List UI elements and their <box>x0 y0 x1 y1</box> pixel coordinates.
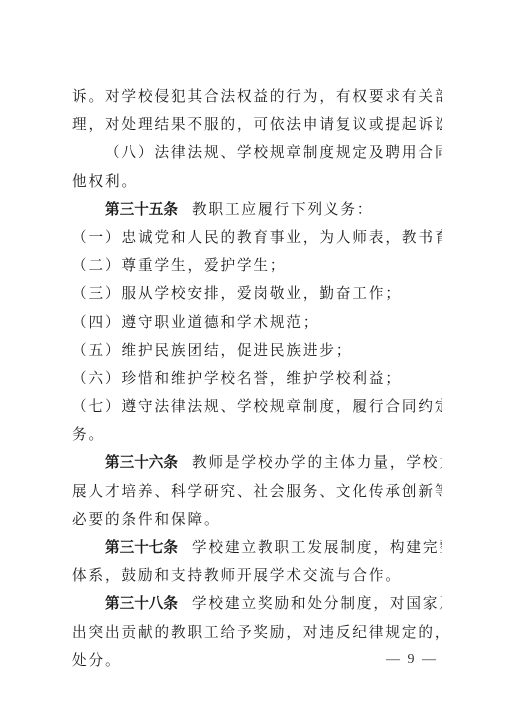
list-item: （七）遵守法律法规、学校规章制度，履行合同约定的义 <box>72 393 442 421</box>
article-37-heading: 第三十七条学校建立教职工发展制度，构建完整的培训 <box>72 534 442 562</box>
article-label: 第三十七条 <box>105 539 178 556</box>
article-label: 第三十八条 <box>105 595 178 612</box>
list-item: （一）忠诚党和人民的教育事业，为人师表，教书育人； <box>72 224 442 252</box>
article-35-heading: 第三十五条教职工应履行下列义务： <box>72 196 442 224</box>
document-page: 诉。对学校侵犯其合法权益的行为，有权要求有关部门进行处 理，对处理结果不服的，可… <box>72 83 442 675</box>
article-text: 学校建立教职工发展制度，构建完整的培训 <box>192 539 442 556</box>
text-line: 出突出贡献的教职工给予奖励，对违反纪律规定的，给予相应 <box>72 619 442 647</box>
list-item: （六）珍惜和维护学校名誉，维护学校利益； <box>72 365 442 393</box>
text-line: 诉。对学校侵犯其合法权益的行为，有权要求有关部门进行处 <box>72 83 442 111</box>
list-item: （四）遵守职业道德和学术规范； <box>72 309 442 337</box>
text-line: （八）法律法规、学校规章制度规定及聘用合同约定的其 <box>72 139 442 167</box>
page-number: — 9 — <box>386 652 438 668</box>
article-text: 教师是学校办学的主体力量，学校为教师开 <box>192 454 442 471</box>
list-item: （五）维护民族团结，促进民族进步； <box>72 337 442 365</box>
article-label: 第三十六条 <box>105 454 178 471</box>
text-line: 务。 <box>72 421 442 449</box>
text-line: 他权利。 <box>72 168 442 196</box>
article-38-heading: 第三十八条学校建立奖励和处分制度，对国家及学校做 <box>72 590 442 618</box>
article-36-heading: 第三十六条教师是学校办学的主体力量，学校为教师开 <box>72 449 442 477</box>
article-text: 学校建立奖励和处分制度，对国家及学校做 <box>192 595 442 612</box>
article-text: 教职工应履行下列义务： <box>192 201 373 218</box>
list-item: （三）服从学校安排，爱岗敬业，勤奋工作； <box>72 280 442 308</box>
text-line: 理，对处理结果不服的，可依法申请复议或提起诉讼； <box>72 111 442 139</box>
list-item: （二）尊重学生，爱护学生； <box>72 252 442 280</box>
text-line: 必要的条件和保障。 <box>72 506 442 534</box>
article-label: 第三十五条 <box>105 201 178 218</box>
text-line: 体系，鼓励和支持教师开展学术交流与合作。 <box>72 562 442 590</box>
text-line: 展人才培养、科学研究、社会服务、文化传承创新等活动提供 <box>72 478 442 506</box>
